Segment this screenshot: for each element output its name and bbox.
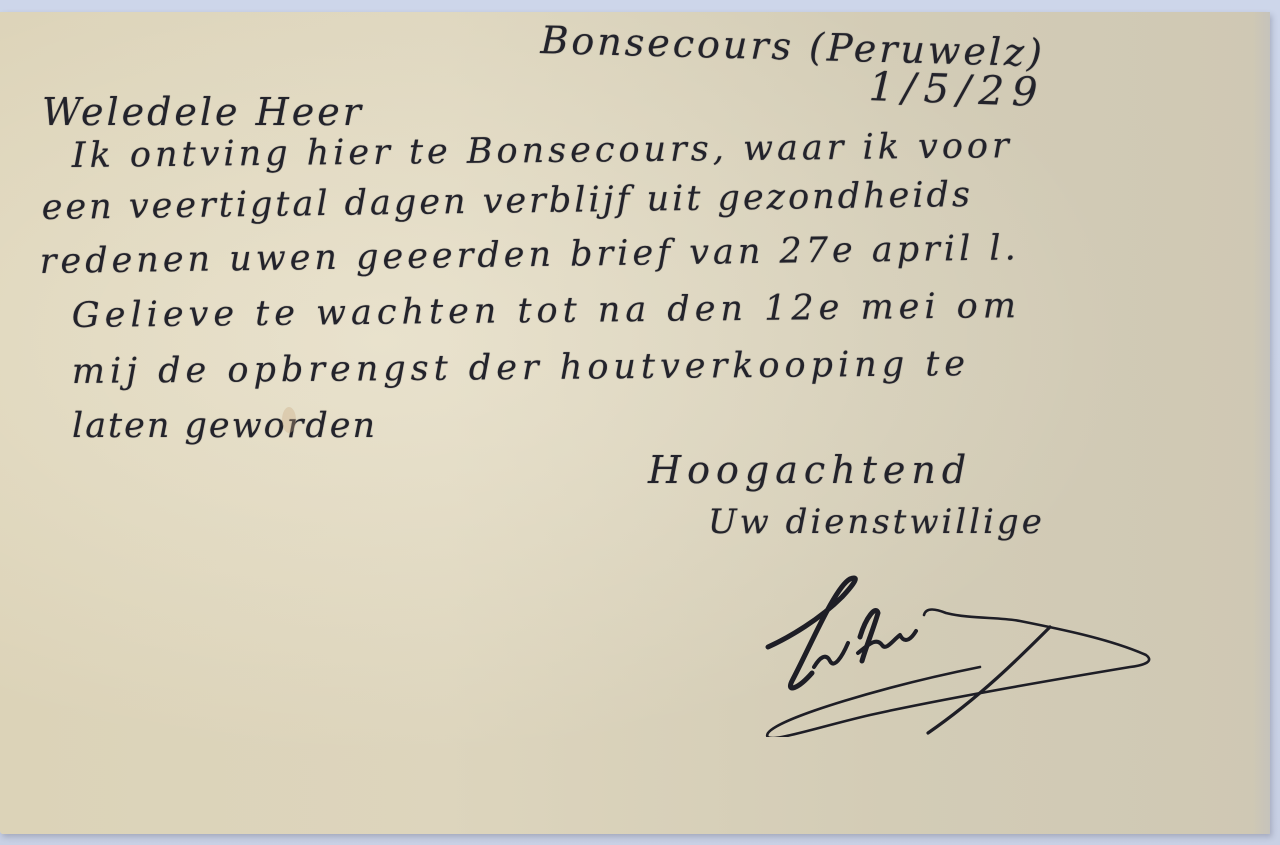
handwritten-signature-icon [750, 557, 1170, 737]
body-line-2: een veertigtal dagen verblijf uit gezond… [41, 175, 973, 228]
body-line-5: mij de opbrengst der houtverkooping te [72, 344, 971, 392]
body-line-4: Gelieve te wachten tot na den 12e mei om [72, 286, 1022, 336]
body-line-3: redenen uwen geeerden brief van 27e apri… [39, 228, 1020, 282]
salutation: Weledele Heer [42, 90, 364, 134]
closing-line-1: Hoogachtend [648, 448, 972, 492]
body-line-1: Ik ontving hier te Bonsecours, waar ik v… [72, 126, 1013, 176]
postcard: Bonsecours (Peruwelz) 1/5/29 Weledele He… [0, 12, 1270, 834]
body-line-6: laten geworden [72, 406, 377, 446]
paper-stain [282, 407, 296, 433]
closing-line-2: Uw dienstwillige [708, 502, 1045, 542]
header-date: 1/5/29 [868, 64, 1046, 116]
